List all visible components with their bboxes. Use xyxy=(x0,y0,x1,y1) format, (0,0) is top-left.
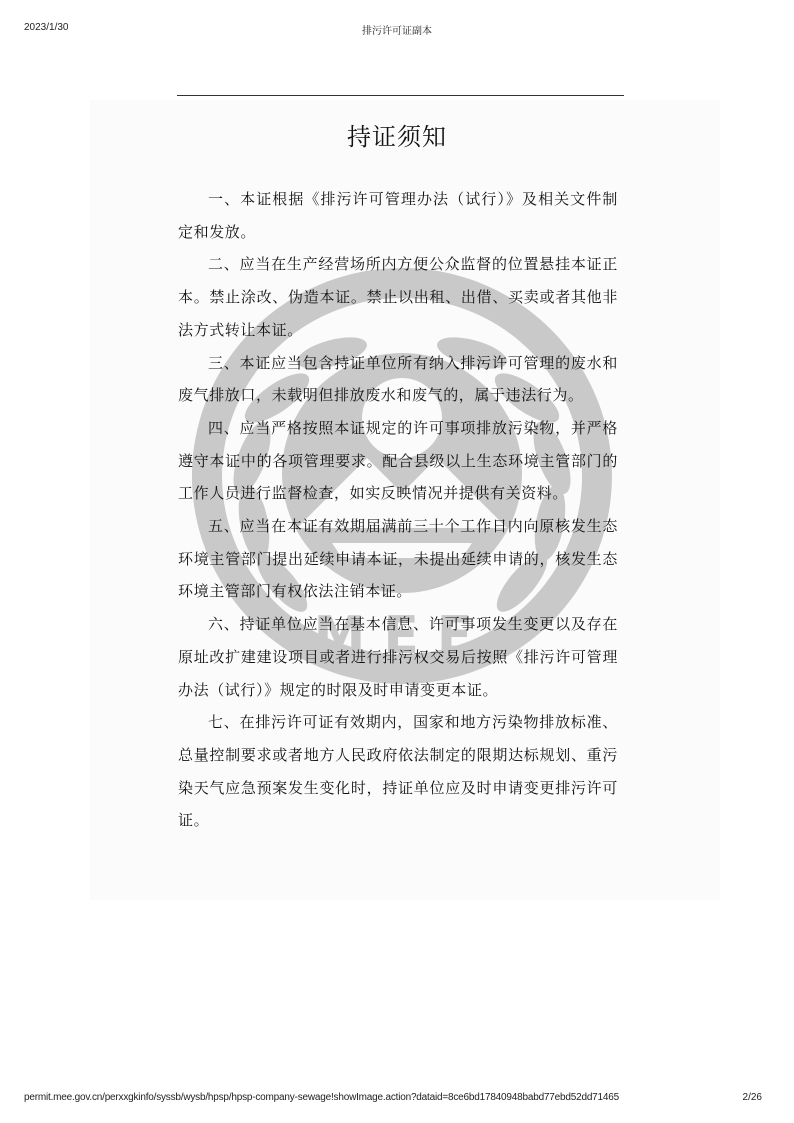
header-divider xyxy=(177,95,624,96)
document-title: 持证须知 xyxy=(0,117,794,152)
clause-2: 二、应当在生产经营场所内方便公众监督的位置悬挂本证正本。禁止涂改、伪造本证。禁止… xyxy=(178,248,618,346)
clause-7: 七、在排污许可证有效期内，国家和地方污染物排放标准、总量控制要求或者地方人民政府… xyxy=(178,706,618,837)
clause-4: 四、应当严格按照本证规定的许可事项排放污染物，并严格遵守本证中的各项管理要求。配… xyxy=(178,412,618,510)
clause-3: 三、本证应当包含持证单位所有纳入排污许可管理的废水和废气排放口，未载明但排放废水… xyxy=(178,347,618,412)
clause-6: 六、持证单位应当在基本信息、许可事项发生变更以及存在原址改扩建建设项目或者进行排… xyxy=(178,608,618,706)
source-url: permit.mee.gov.cn/perxxgkinfo/syssb/wysb… xyxy=(24,1092,619,1103)
clause-1: 一、本证根据《排污许可管理办法（试行）》及相关文件制定和发放。 xyxy=(178,183,618,248)
print-header: 2023/1/30 排污许可证副本 xyxy=(0,22,794,36)
print-page-title: 排污许可证副本 xyxy=(0,22,794,37)
print-footer: permit.mee.gov.cn/perxxgkinfo/syssb/wysb… xyxy=(0,1092,794,1106)
page-number: 2/26 xyxy=(743,1092,762,1103)
clause-5: 五、应当在本证有效期届满前三十个工作日内向原核发生态环境主管部门提出延续申请本证… xyxy=(178,510,618,608)
document-body: 一、本证根据《排污许可管理办法（试行）》及相关文件制定和发放。 二、应当在生产经… xyxy=(178,183,618,837)
